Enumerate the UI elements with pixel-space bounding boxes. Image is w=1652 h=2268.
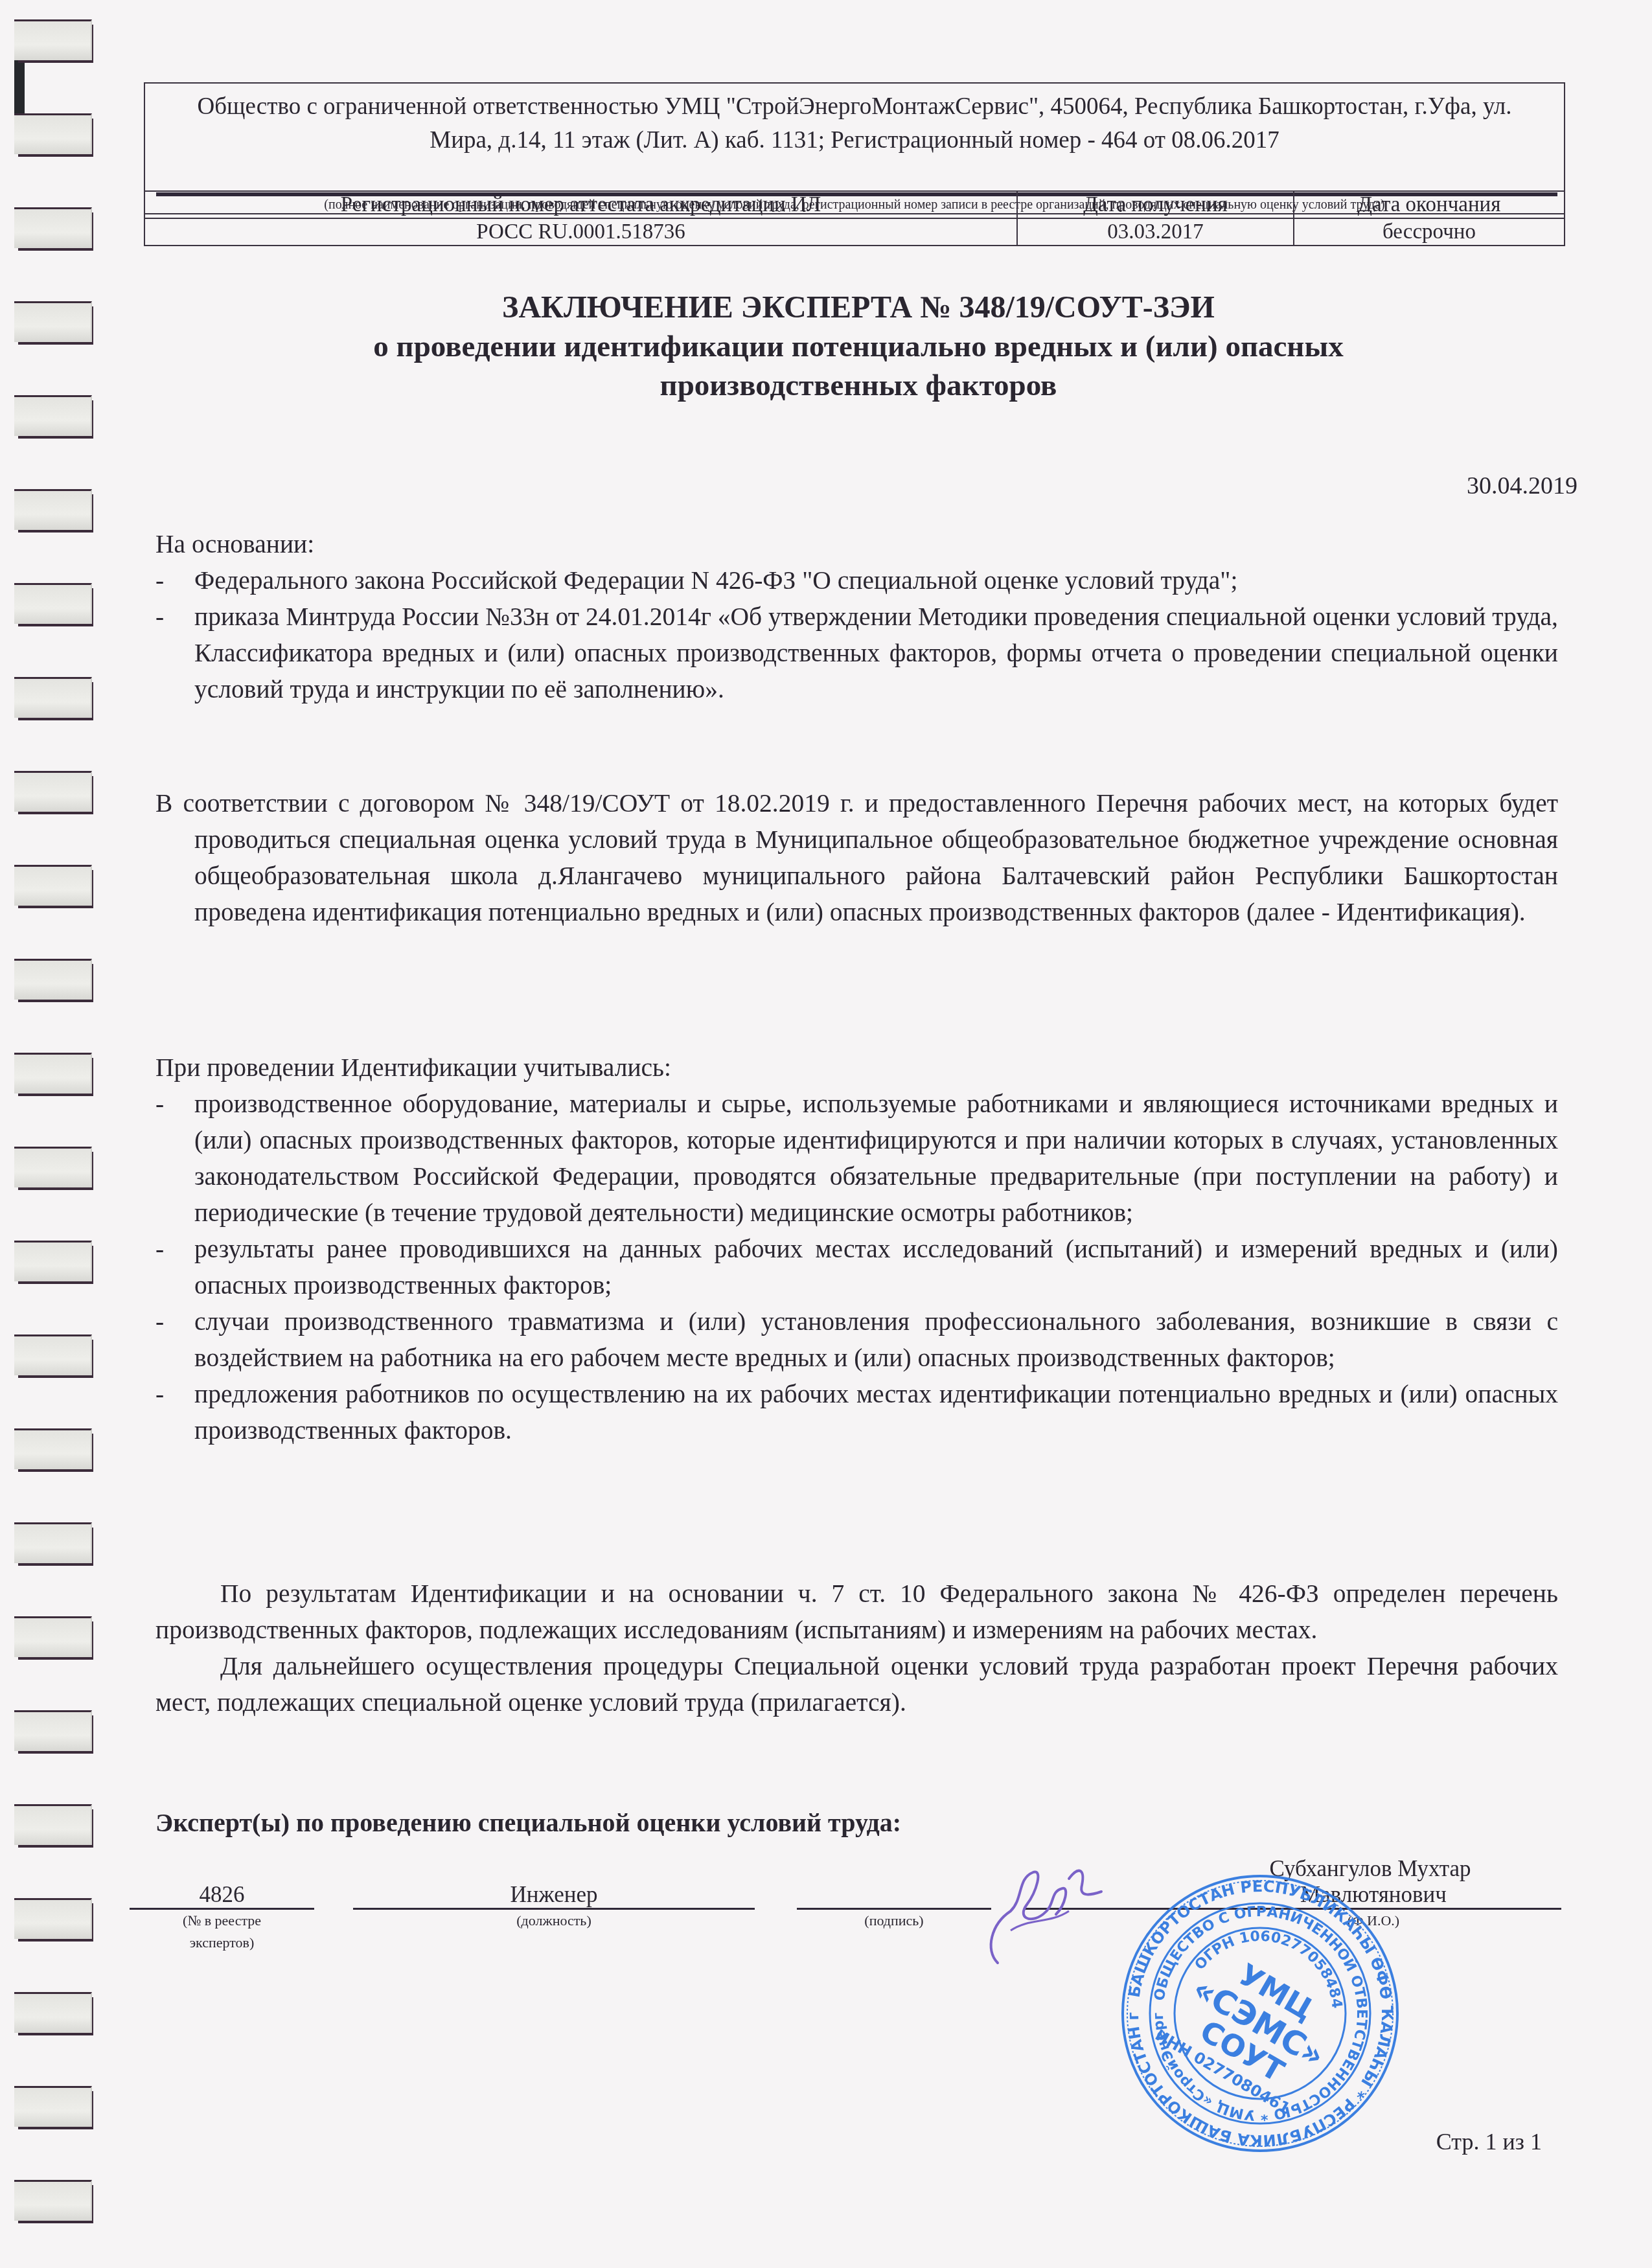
basis-section: На основании: -Федерального закона Росси… (155, 526, 1558, 707)
document-date: 30.04.2019 (1467, 472, 1577, 500)
spine-tooth (14, 771, 92, 812)
signature-field: (подпись) (797, 1908, 991, 1932)
further-paragraph: Для дальнейшего осуществления процедуры … (155, 1648, 1558, 1721)
spine-tooth (14, 1241, 92, 1281)
list-item: -случаи производственного травматизма и … (155, 1303, 1558, 1376)
title-line2: о проведении идентификации потенциально … (130, 327, 1587, 366)
spine-tooth (14, 1147, 92, 1187)
spine-tooth (14, 1334, 92, 1375)
list-item: -Федерального закона Российской Федераци… (155, 562, 1558, 599)
spine-tooth (14, 677, 92, 718)
position-caption: (должность) (353, 1910, 755, 1932)
experts-heading: Эксперт(ы) по проведению специальной оце… (155, 1807, 901, 1838)
registry-number-field: 4826 (№ в реестре экспертов) (130, 1882, 314, 1954)
company-stamp-icon: БАШКОРТОСТАН РЕСПУБЛИКАҺЫ ӨФӨ ҠАЛАҺЫ * Р… (1118, 1871, 1403, 2156)
page-number: Стр. 1 из 1 (1436, 2128, 1542, 2155)
registry-caption: (№ в реестре (130, 1910, 314, 1932)
results-paragraph: По результатам Идентификации и на основа… (155, 1575, 1558, 1648)
position-field: Инженер (должность) (353, 1882, 755, 1932)
cell-accreditation-number: РОСС RU.0001.518736 (144, 218, 1017, 246)
accreditation-table: Регистрационный номер аттестата аккредит… (144, 190, 1565, 246)
list-item-text: случаи производственного травматизма и (… (194, 1307, 1558, 1372)
basis-heading: На основании: (155, 526, 1558, 562)
handwritten-signature-icon (972, 1853, 1127, 1969)
expert-position: Инженер (353, 1882, 755, 1908)
organization-name-line1: Общество с ограниченной ответственностью… (145, 90, 1564, 124)
list-item-text: предложения работников по осуществлению … (194, 1380, 1558, 1445)
spine-tooth (14, 1992, 92, 2033)
spine-tooth (14, 1804, 92, 1845)
cell-issue-date: 03.03.2017 (1017, 218, 1294, 246)
title-line3: производственных факторов (130, 366, 1587, 405)
organization-name: Общество с ограниченной ответственностью… (145, 90, 1564, 157)
spine-tooth (14, 865, 92, 906)
considered-section: При проведении Идентификации учитывались… (155, 1049, 1558, 1449)
document-title: ЗАКЛЮЧЕНИЕ ЭКСПЕРТА № 348/19/СОУТ-ЗЭИ о … (130, 288, 1587, 405)
list-item-text: Федерального закона Российской Федерации… (194, 566, 1237, 595)
header-cell-accreditation-number: Регистрационный номер аттестата аккредит… (144, 191, 1017, 218)
organization-name-line2: Мира, д.14, 11 этаж (Лит. А) каб. 1131; … (145, 124, 1564, 157)
results-section: По результатам Идентификации и на основа… (155, 1575, 1558, 1721)
table-header-row: Регистрационный номер аттестата аккредит… (144, 191, 1565, 218)
spine-tooth (14, 1898, 92, 1939)
signature-caption: (подпись) (797, 1910, 991, 1932)
spine-tooth (14, 1428, 92, 1469)
list-item-text: приказа Минтруда России №33н от 24.01.20… (194, 602, 1558, 704)
spine-tooth (14, 959, 92, 1000)
contract-paragraph: В соответствии с договором № 348/19/СОУТ… (155, 785, 1558, 930)
spine-tooth (14, 301, 92, 342)
spine-tooth (14, 395, 92, 436)
table-row: РОСС RU.0001.518736 03.03.2017 бессрочно (144, 218, 1565, 246)
list-item-text: производственное оборудование, материалы… (194, 1090, 1558, 1227)
header-cell-issue-date: Дата получения (1017, 191, 1294, 218)
spine-tooth (14, 207, 92, 248)
list-item: -результаты ранее проводившихся на данны… (155, 1231, 1558, 1303)
spine-tooth (14, 489, 92, 530)
registry-caption-2: экспертов) (130, 1932, 314, 1954)
basis-list: -Федерального закона Российской Федераци… (155, 562, 1558, 707)
considered-list: -производственное оборудование, материал… (155, 1086, 1558, 1449)
registry-number: 4826 (130, 1882, 314, 1908)
list-item-text: результаты ранее проводившихся на данных… (194, 1235, 1558, 1300)
considered-heading: При проведении Идентификации учитывались… (155, 1049, 1558, 1086)
list-item: -предложения работников по осуществлению… (155, 1376, 1558, 1449)
spine-tooth (14, 2086, 92, 2127)
spine-tooth (14, 1522, 92, 1563)
title-line1: ЗАКЛЮЧЕНИЕ ЭКСПЕРТА № 348/19/СОУТ-ЗЭИ (130, 288, 1587, 327)
binding-spine (14, 6, 91, 2261)
spine-tooth (14, 1053, 92, 1094)
header-cell-expiry-date: Дата окончания (1294, 191, 1565, 218)
list-item: -производственное оборудование, материал… (155, 1086, 1558, 1231)
spine-tooth (14, 19, 92, 60)
spine-tooth (14, 113, 92, 154)
list-item: -приказа Минтруда России №33н от 24.01.2… (155, 599, 1558, 707)
cell-expiry-date: бессрочно (1294, 218, 1565, 246)
spine-tooth (14, 1616, 92, 1657)
spine-tooth (14, 1710, 92, 1751)
spine-tooth (14, 2180, 92, 2221)
spine-tooth (14, 583, 92, 624)
contract-section: В соответствии с договором № 348/19/СОУТ… (155, 785, 1558, 930)
